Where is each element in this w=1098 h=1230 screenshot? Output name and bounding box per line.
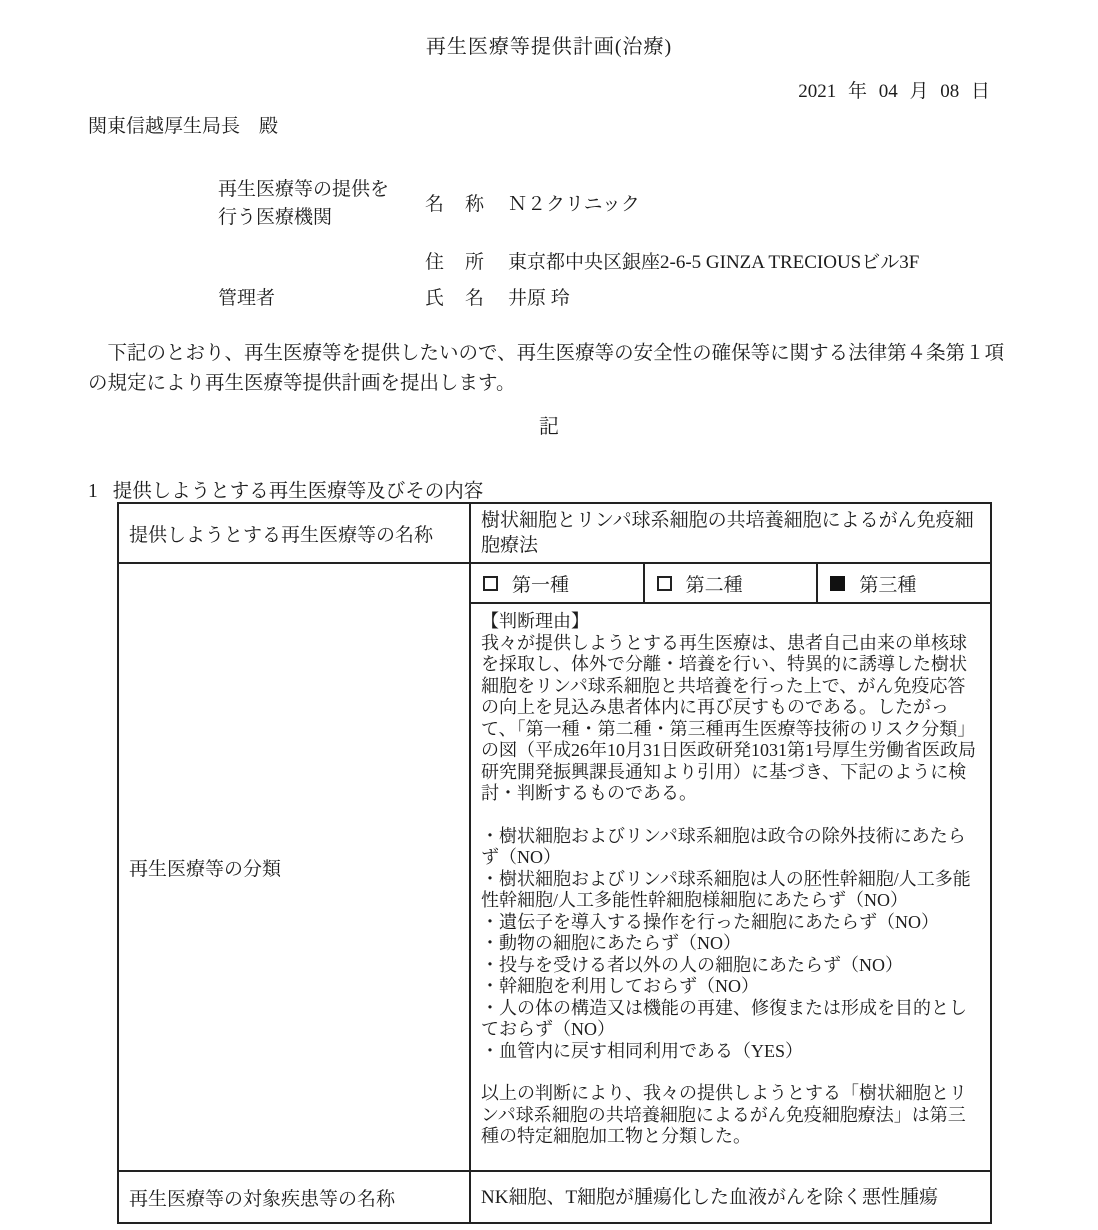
class-checkbox-0 <box>483 576 498 591</box>
section1-heading: 1提供しようとする再生医療等及びその内容 <box>88 475 483 503</box>
target-disease-label: 再生医療等の対象疾患等の名称 <box>119 1172 471 1222</box>
document-title: 再生医療等提供計画(治療) <box>0 30 1098 59</box>
judgment-item: ・樹状細胞およびリンパ球系細胞は人の胚性幹細胞/人工多能性幹細胞/人工多能性幹細… <box>481 869 980 912</box>
provider-org-label: 再生医療等の提供を 行う医療機関 <box>218 176 389 232</box>
addressee-line: 関東信越厚生局長 殿 <box>88 111 278 138</box>
class-checkbox-2 <box>830 576 845 591</box>
judgment-intro: 我々が提供しようとする再生医療は、患者自己由来の単核球を採取し、体外で分離・培養… <box>481 633 980 805</box>
class-option-2-label: 第二種 <box>686 570 743 597</box>
judgment-conclusion: 以上の判断により、我々の提供しようとする「樹状細胞とリンパ球系細胞の共培養細胞に… <box>481 1083 980 1148</box>
judgment-item: ・遺伝子を導入する操作を行った細胞にあたらず（NO） <box>481 912 980 934</box>
table-row-treatment-name: 提供しようとする再生医療等の名称 樹状細胞とリンパ球系細胞の共培養細胞によるがん… <box>119 504 990 562</box>
section1-number: 1 <box>88 481 98 502</box>
judgment-item: ・樹状細胞およびリンパ球系細胞は政令の除外技術にあたらず（NO） <box>481 826 980 869</box>
manager-label: 管理者 <box>218 283 275 310</box>
manager-name-label: 氏 名 <box>425 283 485 310</box>
classification-label: 再生医療等の分類 <box>119 564 471 1170</box>
judgment-item: ・人の体の構造又は機能の再建、修復または形成を目的としておらず（NO） <box>481 998 980 1041</box>
class-option-3: 第三種 <box>816 564 990 602</box>
manager-name-value: 井原 玲 <box>508 283 570 310</box>
class-option-1: 第一種 <box>471 564 643 602</box>
scanned-document-page: 再生医療等提供計画(治療) 2021 年 04 月 08 日 関東信越厚生局長 … <box>0 0 1098 1230</box>
section1-title: 提供しようとする再生医療等及びその内容 <box>113 481 484 502</box>
provider-org-label-line1: 再生医療等の提供を <box>218 176 389 204</box>
judgment-item: ・血管内に戻す相同利用である（YES） <box>481 1041 980 1063</box>
provider-name-value: Ｎ２クリニック <box>508 189 640 216</box>
provider-address-label: 住 所 <box>425 247 485 274</box>
classification-options-row: 第一種 第二種 第三種 <box>471 564 990 604</box>
table-row-target-disease: 再生医療等の対象疾患等の名称 NK細胞、T細胞が腫瘍化した血液がんを除く悪性腫瘍 <box>119 1170 990 1222</box>
judgment-title: 【判断理由】 <box>481 611 980 633</box>
class-option-3-label: 第三種 <box>859 570 916 597</box>
judgment-item: ・投与を受ける者以外の人の細胞にあたらず（NO） <box>481 955 980 977</box>
classification-content: 第一種 第二種 第三種 【判断理由】 我々が提供しようとする再生医療は、患者自己… <box>471 564 990 1170</box>
judgment-item: ・動物の細胞にあたらず（NO） <box>481 933 980 955</box>
provider-org-label-line2: 行う医療機関 <box>218 204 389 232</box>
class-option-1-label: 第一種 <box>512 570 569 597</box>
section1-table: 提供しようとする再生医療等の名称 樹状細胞とリンパ球系細胞の共培養細胞によるがん… <box>117 502 992 1224</box>
treatment-name-value: 樹状細胞とリンパ球系細胞の共培養細胞によるがん免疫細胞療法 <box>471 504 990 562</box>
provider-address-value: 東京都中央区銀座2-6-5 GINZA TRECIOUSビル3F <box>508 247 919 274</box>
judgment-item: ・幹細胞を利用しておらず（NO） <box>481 976 980 998</box>
class-option-2: 第二種 <box>643 564 817 602</box>
target-disease-value: NK細胞、T細胞が腫瘍化した血液がんを除く悪性腫瘍 <box>471 1172 990 1222</box>
table-row-classification: 再生医療等の分類 第一種 第二種 第三種 <box>119 562 990 1170</box>
treatment-name-label: 提供しようとする再生医療等の名称 <box>119 504 471 562</box>
record-mark: 記 <box>0 410 1098 439</box>
intro-paragraph: 下記のとおり、再生医療等を提供したいので、再生医療等の安全性の確保等に関する法律… <box>88 339 1006 399</box>
provider-name-label: 名 称 <box>425 189 485 216</box>
document-date: 2021 年 04 月 08 日 <box>798 76 990 103</box>
judgment-reason-cell: 【判断理由】 我々が提供しようとする再生医療は、患者自己由来の単核球を採取し、体… <box>471 604 990 1170</box>
class-checkbox-1 <box>657 576 672 591</box>
